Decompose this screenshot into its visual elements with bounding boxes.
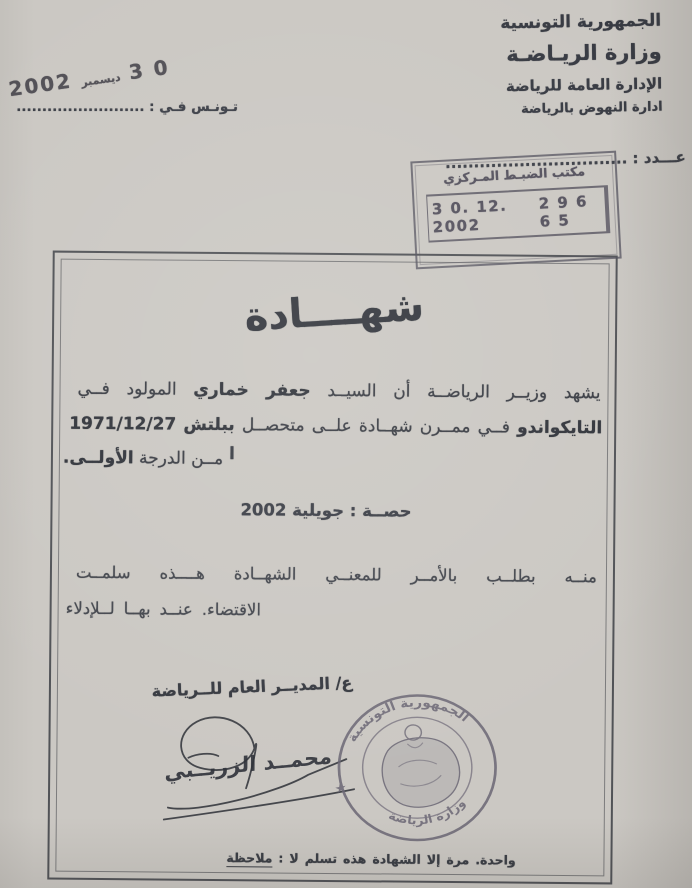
word: إلا — [427, 852, 441, 869]
body-line-1: يشهد وزيــر الرياضــة أن السيــد جعفر خم… — [77, 379, 600, 404]
scanned-certificate-document: الجمهورية التونسية وزارة الريـاضـة الإدا… — [0, 0, 692, 888]
grade-text: مــن الدرجة — [134, 448, 224, 469]
delivery-line-2: لــلإدلاء بهــا عنــد الاقتضاء. — [66, 599, 261, 620]
word: تسلم — [305, 851, 337, 868]
word: شهــادة — [359, 416, 413, 436]
certificate-frame: شهــــادة يشهد وزيــر الرياضــة أن السيـ… — [47, 251, 617, 885]
word: علــى — [312, 416, 352, 436]
word: لــلإدلاء — [66, 599, 115, 618]
directorate-line: الإدارة العامة للرياضة — [501, 75, 662, 96]
session-line: حصــة : جويلية 2002 — [240, 500, 411, 520]
certificate-title: شهــــادة — [203, 281, 465, 343]
word: بطلــب — [486, 566, 536, 585]
birth-place: ببلتش — [183, 415, 234, 435]
registry-stamp-inner-border — [415, 155, 618, 265]
date-stamp-month: ديسمبر — [80, 71, 121, 89]
delivery-line-1: سلمــت هــــذه الشهــادة للمعنــي بالأمـ… — [76, 563, 597, 587]
word: الاقتضاء. — [202, 600, 261, 620]
stray-mark: ا — [229, 444, 235, 464]
word: ممــرن — [420, 417, 471, 437]
word: واحدة. — [475, 852, 516, 869]
word: للمعنــي — [325, 565, 382, 584]
seal-top-text: الجمهورية التونسية — [338, 685, 473, 746]
svg-text:الجمهورية التونسية: الجمهورية التونسية — [338, 685, 473, 746]
republic-line: الجمهورية التونسية — [500, 11, 661, 34]
sport-name: التايكواندو — [517, 418, 602, 439]
body-line-3: مــن الدرجة الأولــى. — [63, 448, 223, 469]
seal-star-icon: ★ — [333, 781, 348, 797]
tunis-dots: ......................... — [16, 99, 144, 115]
date-stamp-year: 2002 — [7, 69, 73, 102]
word: متحصــل — [242, 415, 305, 436]
footnote: ملاحظة : لا تسلم هذه الشهادة إلا مرة واح… — [226, 850, 515, 870]
official-seal: الجمهورية التونسية وزارة الرياضة ★ — [326, 683, 509, 853]
word: هــــذه — [159, 563, 205, 582]
body-line-1-text: يشهد وزيــر الرياضــة أن السيــد — [311, 381, 601, 404]
word: هذه — [343, 851, 366, 868]
word: : — [278, 851, 283, 868]
word: منــه — [564, 567, 597, 586]
footnote-label: ملاحظة — [226, 850, 272, 867]
grade-value: الأولــى. — [63, 448, 134, 469]
word: سلمــت — [76, 563, 131, 582]
number-label: عـــدد : — [633, 148, 687, 167]
word: الشهــادة — [234, 564, 297, 584]
word: عنــد — [160, 599, 193, 618]
registry-stamp: مكتب الضبـط المـركزي 3 0. 12. 2002 2 9 6… — [410, 151, 621, 270]
ministry-line: وزارة الريـاضـة — [501, 40, 662, 67]
body-line-2: 1971/12/27 ببلتش متحصــل علــى شهــادة م… — [69, 414, 602, 439]
recipient-name: جعفر خماري — [193, 380, 310, 401]
date-stamp-day: 3 0 — [127, 55, 171, 84]
date-stamp: 2002 ديسمبر 3 0 — [7, 55, 171, 101]
department-line: ادارة النهوض بالرياضة — [502, 100, 663, 118]
body-line-1-tail: المولود فــي — [77, 379, 193, 400]
word: لا — [289, 851, 298, 868]
word: بهــا — [124, 599, 151, 618]
birth-date: 1971/12/27 — [69, 414, 176, 435]
word: فــي — [478, 417, 510, 437]
word: الشهادة — [372, 851, 421, 868]
ministry-header: الجمهورية التونسية وزارة الريـاضـة الإدا… — [500, 11, 663, 118]
word: بالأمــر — [411, 566, 458, 585]
tunis-label: تـونـس فـي : — [149, 99, 238, 115]
tunis-date-line: تـونـس فـي : ......................... — [16, 99, 238, 115]
word: مرة — [446, 852, 469, 869]
